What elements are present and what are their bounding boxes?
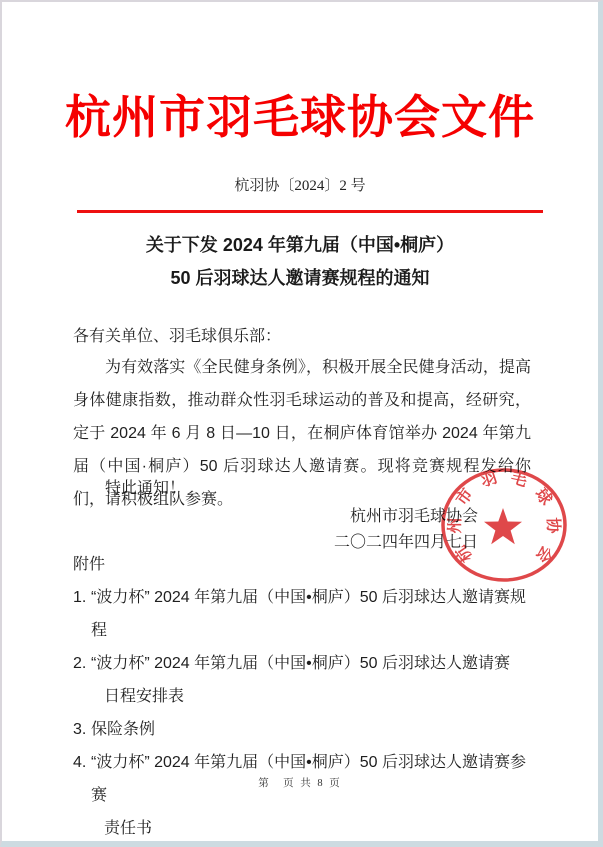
attachment-item: 3. 保险条例	[73, 713, 538, 746]
attachment-text: “波力杯” 2024 年第九届（中国•桐庐）50 后羽球达人邀请赛规程	[91, 581, 538, 647]
svg-text:协: 协	[544, 517, 562, 534]
page-number-footer: 第 页 共 8 页	[2, 775, 598, 790]
attachment-item: 2. “波力杯” 2024 年第九届（中国•桐庐）50 后羽球达人邀请赛 日程安…	[73, 647, 538, 713]
svg-text:球: 球	[531, 485, 555, 509]
attachments-heading: 附件	[73, 548, 538, 581]
document-header-title: 杭州市羽毛球协会文件	[2, 88, 598, 148]
document-number: 杭羽协〔2024〕2 号	[2, 174, 598, 195]
attachment-text: 保险条例	[91, 713, 538, 746]
document-title: 关于下发 2024 年第九届（中国•桐庐） 50 后羽球达人邀请赛规程的通知	[2, 229, 598, 295]
attachment-number: 4.	[73, 746, 91, 845]
document-title-line2: 50 后羽球达人邀请赛规程的通知	[2, 262, 598, 295]
attachments-section: 附件 1. “波力杯” 2024 年第九届（中国•桐庐）50 后羽球达人邀请赛规…	[73, 548, 538, 845]
attachment-text: “波力杯” 2024 年第九届（中国•桐庐）50 后羽球达人邀请赛	[91, 647, 538, 680]
salutation: 各有关单位、羽毛球俱乐部：	[73, 324, 531, 350]
attachment-text-continuation: 责任书	[91, 812, 538, 845]
closing-note: 特此通知！	[73, 476, 531, 502]
attachment-number: 2.	[73, 647, 91, 713]
signature-organization: 杭州市羽毛球协会	[334, 504, 478, 530]
document-page: 杭州市羽毛球协会文件 杭羽协〔2024〕2 号 关于下发 2024 年第九届（中…	[0, 0, 603, 847]
document-title-line1: 关于下发 2024 年第九届（中国•桐庐）	[2, 229, 598, 262]
attachment-number: 1.	[73, 581, 91, 647]
red-divider-line	[77, 210, 543, 213]
attachment-item: 4. “波力杯” 2024 年第九届（中国•桐庐）50 后羽球达人邀请赛参赛 责…	[73, 746, 538, 845]
attachment-item: 1. “波力杯” 2024 年第九届（中国•桐庐）50 后羽球达人邀请赛规程	[73, 581, 538, 647]
attachment-number: 3.	[73, 713, 91, 746]
attachment-text-continuation: 日程安排表	[91, 680, 538, 713]
